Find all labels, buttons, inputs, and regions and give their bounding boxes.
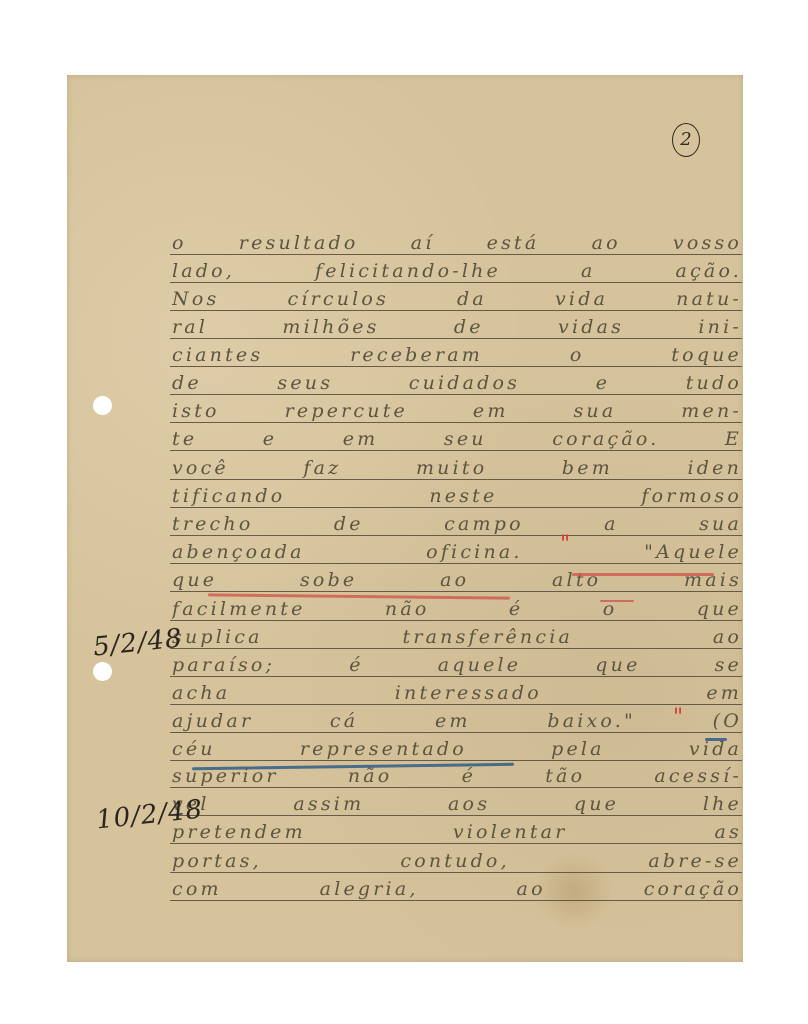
punch-hole-bottom — [93, 662, 112, 681]
blue-mark-paren — [705, 738, 727, 741]
red-underline-aquele — [572, 573, 714, 576]
text-line: tificando neste formoso — [172, 485, 742, 511]
text-line: te e em seu coração. E — [172, 428, 742, 454]
red-close-quote: " — [673, 705, 683, 730]
punch-hole-top — [93, 396, 112, 415]
text-line: pretendem violentar as — [172, 821, 742, 847]
text-line: ral milhões de vidas ini- — [172, 316, 742, 342]
text-line: trecho de campo a sua — [172, 513, 742, 539]
text-line: abençoada oficina. "Aquele — [172, 541, 742, 567]
text-line: isto repercute em sua men- — [172, 400, 742, 426]
text-line: o resultado aí está ao vosso — [172, 232, 742, 258]
red-open-quote: " — [560, 532, 570, 557]
text-line: lado, felicitando-lhe a ação. — [172, 260, 742, 286]
text-line: de seus cuidados e tudo — [172, 372, 742, 398]
text-line: acha interessado em — [172, 682, 742, 708]
text-line: portas, contudo, abre-se — [172, 850, 742, 876]
text-line: céu representado pela vida — [172, 738, 742, 764]
text-line: com alegria, ao coração — [172, 878, 742, 904]
text-line: paraíso; é aquele que se — [172, 654, 742, 680]
text-line: ajudar cá em baixo." (O — [172, 710, 742, 736]
red-mark-que — [600, 600, 634, 602]
text-line: suplica transferência ao — [172, 626, 742, 652]
text-line: Nos círculos da vida natu- — [172, 288, 742, 314]
text-line: você faz muito bem iden — [172, 457, 742, 483]
text-line: facilmente não é o que — [172, 598, 742, 624]
text-line: ciantes receberam o toque — [172, 344, 742, 370]
page-number: 2 — [672, 123, 700, 157]
text-line: vel assim aos que lhe — [172, 793, 742, 819]
